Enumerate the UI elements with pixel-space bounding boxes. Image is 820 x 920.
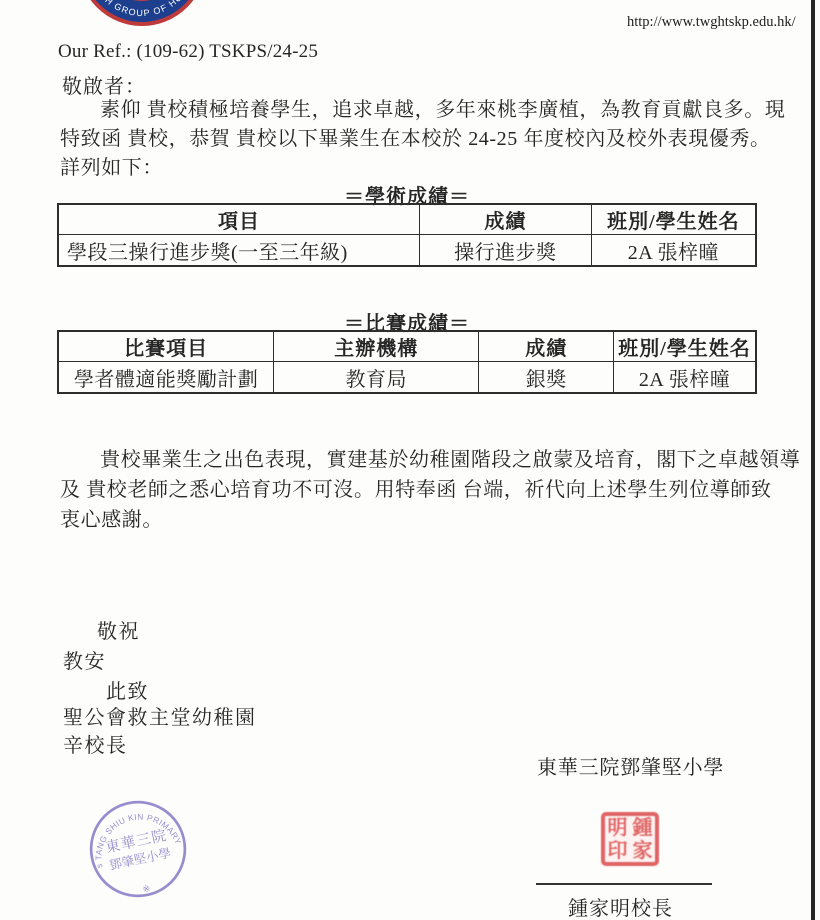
- school-website-url: http://www.twghtskp.edu.hk/: [627, 14, 796, 31]
- twgh-logo-icon: TUNG WAH GROUP OF HOSPITALS: [76, 0, 208, 28]
- scan-edge-artifact: [811, 0, 815, 920]
- table-header-row: 項目 成績 班別/學生姓名: [58, 204, 756, 235]
- signature-line: [536, 883, 712, 885]
- thanks-paragraph: 貴校畢業生之出色表現，實建基於幼稚園階段之啟蒙及培育，閣下之卓越領導 及 貴校老…: [60, 445, 778, 535]
- closing-to-prefix: 此致: [106, 675, 149, 704]
- paragraph-line: 衷心感謝。: [60, 505, 778, 535]
- column-header: 項目: [58, 204, 420, 235]
- academic-results-table: 項目 成績 班別/學生姓名 學段三操行進步獎(一至三年級) 操行進步獎 2A 張…: [57, 203, 757, 267]
- paragraph-line: 詳列如下：: [60, 154, 778, 183]
- paragraph-line: 特致函 貴校，恭賀 貴校以下畢業生在本校於 24-25 年度校內及校外表現優秀。: [60, 125, 778, 154]
- table-row: 學者體適能獎勵計劃 教育局 銀獎 2A 張梓曈: [58, 362, 756, 394]
- student-cell: 2A 張梓曈: [614, 362, 756, 394]
- salutation: 敬啟者：: [62, 70, 146, 99]
- paragraph-line: 貴校畢業生之出色表現，實建基於幼稚園階段之啟蒙及培育，閣下之卓越領導: [60, 445, 778, 475]
- recipient-school-name: 聖公會救主堂幼稚園: [63, 701, 257, 730]
- paragraph-line: 及 貴校老師之悉心培育功不可沒。用特奉函 台端，祈代向上述學生列位導師致: [60, 475, 778, 505]
- seal-char: 印: [605, 839, 630, 862]
- closing-wish: 教安: [63, 645, 106, 674]
- table-row: 學段三操行進步獎(一至三年級) 操行進步獎 2A 張梓曈: [58, 235, 756, 267]
- seal-char: 家: [630, 839, 655, 862]
- event-name-cell: 學者體適能獎勵計劃: [58, 362, 274, 394]
- recipient-principal: 辛校長: [63, 729, 128, 758]
- table-header-row: 比賽項目 主辦機構 成績 班別/學生姓名: [58, 331, 756, 362]
- student-cell: 2A 張梓曈: [591, 235, 756, 267]
- competition-results-table: 比賽項目 主辦機構 成績 班別/學生姓名 學者體適能獎勵計劃 教育局 銀獎 2A…: [57, 330, 757, 394]
- column-header: 成績: [420, 204, 592, 235]
- intro-paragraph: 素仰 貴校積極培養學生，追求卓越，多年來桃李廣植，為教育貢獻良多。現 特致函 貴…: [60, 96, 778, 183]
- school-round-stamp-icon: T.W.G.Hs TANG SHIU KIN PRIMARY SCHOOL ※ …: [79, 790, 198, 909]
- principal-seal-stamp-icon: 明 鍾 印 家: [601, 812, 659, 866]
- closing-wish-prefix: 敬祝: [97, 615, 140, 644]
- award-name-cell: 學段三操行進步獎(一至三年級): [58, 235, 420, 267]
- column-header: 成績: [479, 331, 614, 362]
- stamp-ring-symbol: ※: [142, 884, 152, 895]
- result-cell: 操行進步獎: [420, 235, 592, 267]
- column-header: 比賽項目: [58, 331, 274, 362]
- scanned-letter-page: TUNG WAH GROUP OF HOSPITALS http://www.t…: [0, 0, 820, 920]
- organizer-cell: 教育局: [274, 362, 479, 394]
- column-header: 主辦機構: [274, 331, 479, 362]
- column-header: 班別/學生姓名: [591, 204, 756, 235]
- result-cell: 銀獎: [479, 362, 614, 394]
- reference-number: Our Ref.: (109-62) TSKPS/24-25: [58, 41, 318, 63]
- signatory-name: 鍾家明校長: [568, 892, 673, 920]
- seal-char: 明: [605, 816, 630, 839]
- paragraph-line: 素仰 貴校積極培養學生，追求卓越，多年來桃李廣植，為教育貢獻良多。現: [60, 96, 778, 125]
- column-header: 班別/學生姓名: [614, 331, 756, 362]
- seal-char: 鍾: [630, 816, 655, 839]
- sender-school-name: 東華三院鄧肇堅小學: [537, 751, 724, 780]
